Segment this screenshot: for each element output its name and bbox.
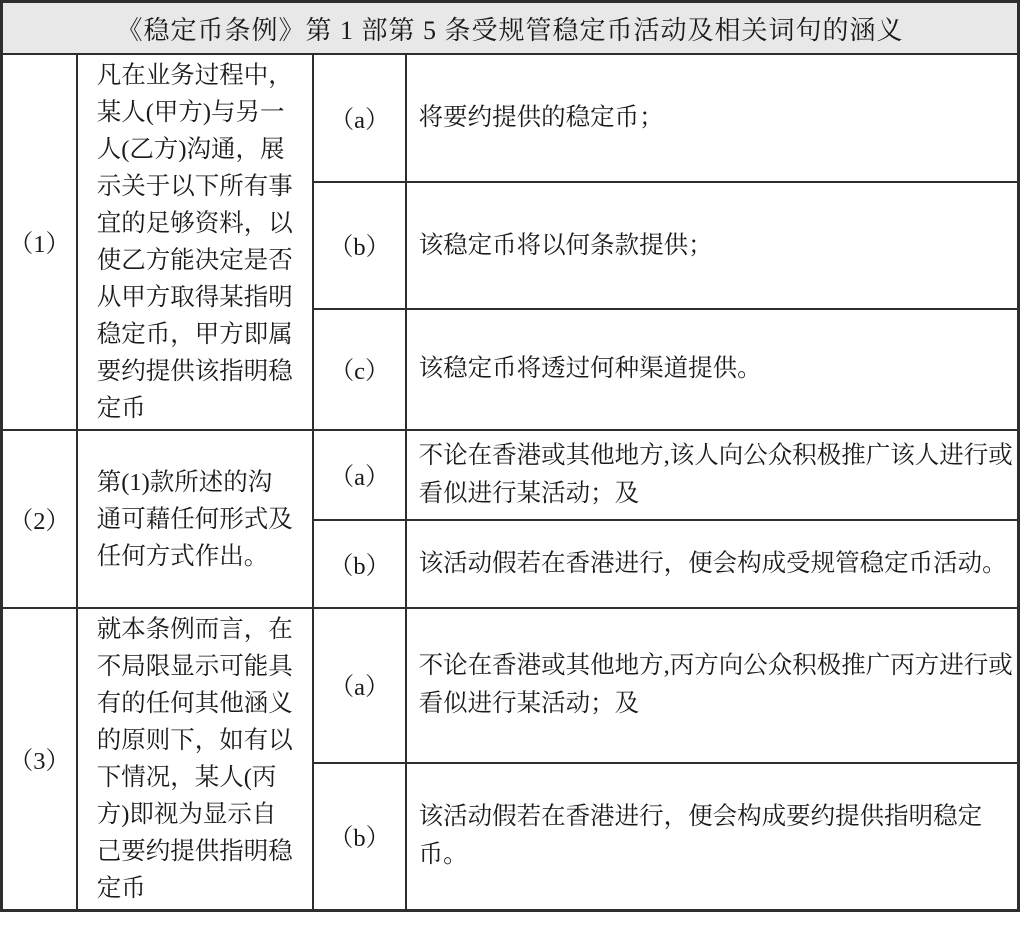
clause-label-cell: （b）	[313, 182, 405, 308]
clause-label-cell: （c）	[313, 309, 405, 430]
clause-text-cell: 不论在香港或其他地方,该人向公众积极推广该人进行或看似进行某活动；及	[406, 430, 1019, 520]
clause-label-cell: （a）	[313, 430, 405, 520]
clause-text-cell: 该活动假若在香港进行，便会构成受规管稳定币活动。	[406, 520, 1019, 608]
item-number-cell: （2）	[2, 430, 77, 608]
item-description-cell: 凡在业务过程中，某人(甲方)与另一人(乙方)沟通，展示关于以下所有事宜的足够资料…	[77, 54, 314, 430]
table-row: （1） 凡在业务过程中，某人(甲方)与另一人(乙方)沟通，展示关于以下所有事宜的…	[2, 54, 1019, 182]
table-row: （2） 第(1)款所述的沟通可藉任何形式及任何方式作出。 （a） 不论在香港或其…	[2, 430, 1019, 520]
clause-text-cell: 该活动假若在香港进行，便会构成要约提供指明稳定币。	[406, 763, 1019, 911]
item-number-cell: （1）	[2, 54, 77, 430]
clause-text-cell: 将要约提供的稳定币；	[406, 54, 1019, 182]
ordinance-definition-table: 《稳定币条例》第 1 部第 5 条受规管稳定币活动及相关词句的涵义 （1） 凡在…	[0, 0, 1020, 912]
table-title-row: 《稳定币条例》第 1 部第 5 条受规管稳定币活动及相关词句的涵义	[2, 2, 1019, 55]
clause-label-cell: （a）	[313, 608, 405, 763]
clause-label-cell: （b）	[313, 763, 405, 911]
clause-label-cell: （a）	[313, 54, 405, 182]
table-row: （3） 就本条例而言，在不局限显示可能具有的任何其他涵义的原则下，如有以下情况，…	[2, 608, 1019, 763]
item-number-cell: （3）	[2, 608, 77, 911]
clause-label-cell: （b）	[313, 520, 405, 608]
table-title: 《稳定币条例》第 1 部第 5 条受规管稳定币活动及相关词句的涵义	[2, 2, 1019, 55]
clause-text-cell: 该稳定币将透过何种渠道提供。	[406, 309, 1019, 430]
item-description-cell: 就本条例而言，在不局限显示可能具有的任何其他涵义的原则下，如有以下情况，某人(丙…	[77, 608, 314, 911]
document-page: 《稳定币条例》第 1 部第 5 条受规管稳定币活动及相关词句的涵义 （1） 凡在…	[0, 0, 1026, 930]
item-description-cell: 第(1)款所述的沟通可藉任何形式及任何方式作出。	[77, 430, 314, 608]
clause-text-cell: 不论在香港或其他地方,丙方向公众积极推广丙方进行或看似进行某活动；及	[406, 608, 1019, 763]
clause-text-cell: 该稳定币将以何条款提供；	[406, 182, 1019, 308]
